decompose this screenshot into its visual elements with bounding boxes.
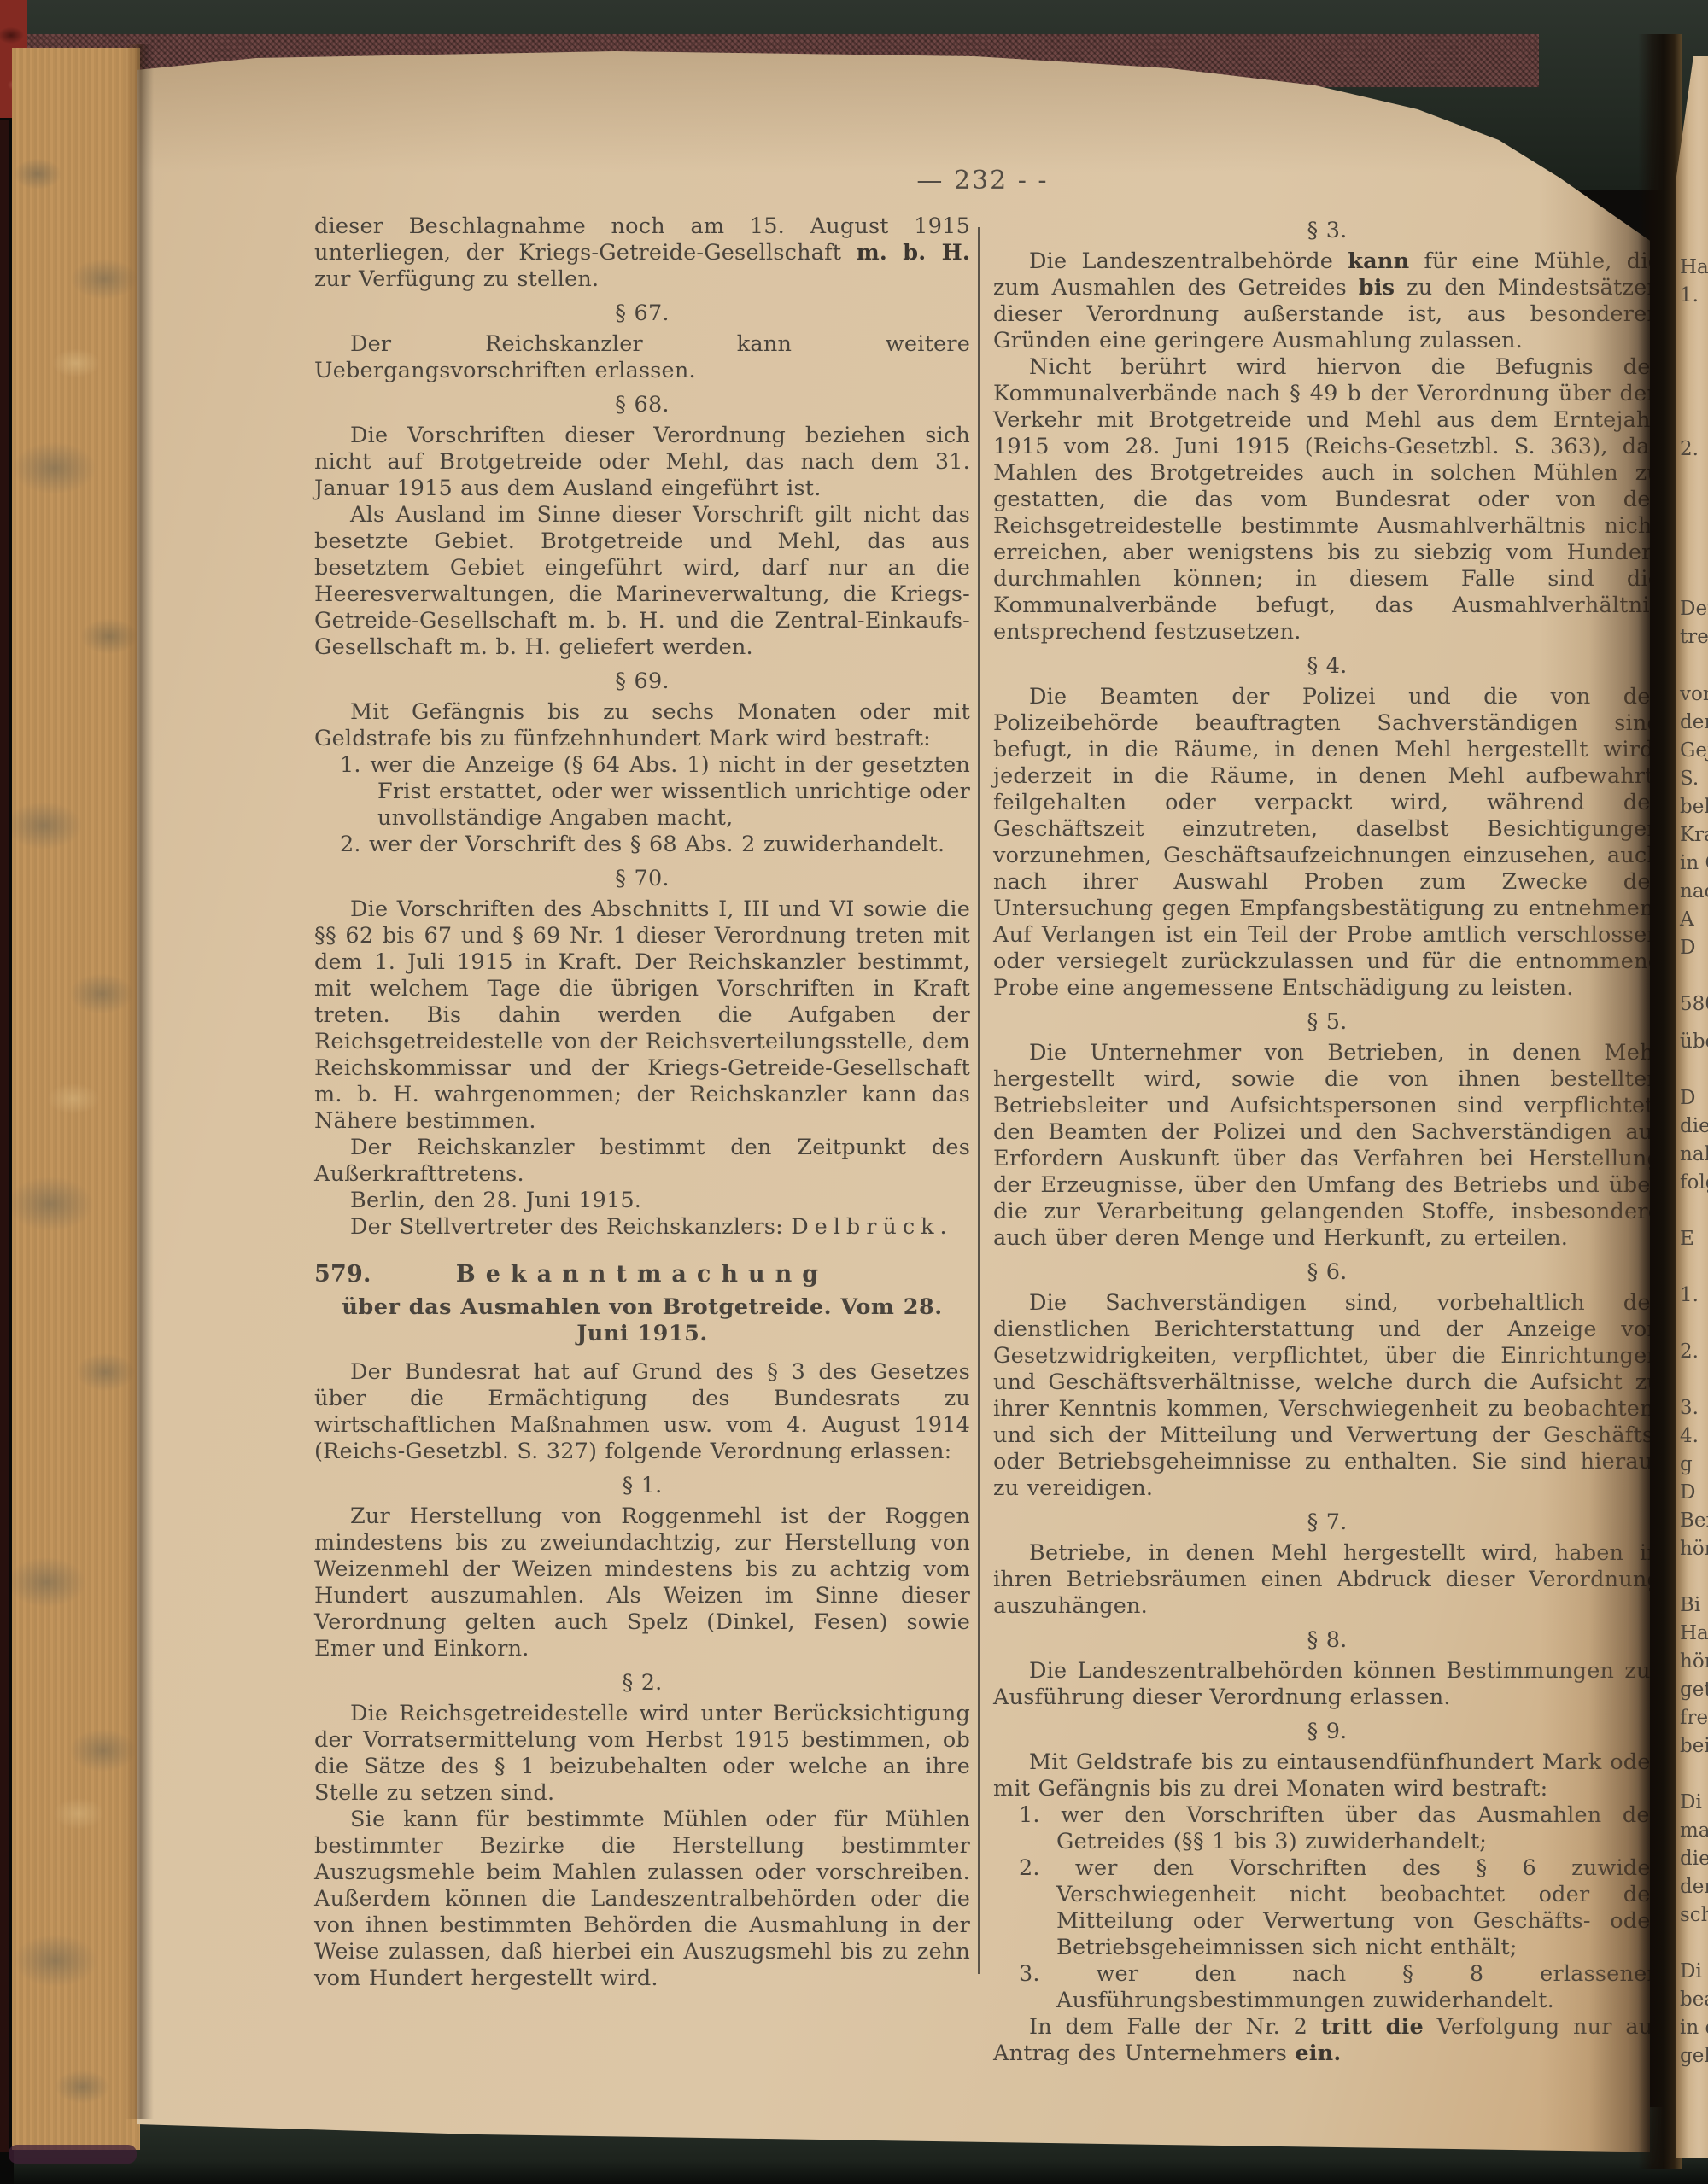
next-page-text-fragment: über [1680,1031,1708,1053]
page-number: — 232 - - [314,166,1651,196]
next-page-text-fragment: Der [1680,598,1708,620]
next-page-text-fragment: A [1680,908,1694,931]
next-page-text-fragment: hört a [1680,1650,1708,1673]
page-curl-shadow [1539,44,1650,2160]
next-page-text-fragment: Kra [1680,824,1708,846]
announcement-title: Bekanntmachung [456,1261,828,1288]
next-page-text-fragment: Berei [1680,1510,1708,1532]
body-paragraph: Der Stellvertreter des Reichskanzlers: D… [314,1214,970,1241]
next-page-text-fragment: getrei [1680,1679,1708,1701]
body-paragraph: dieser Beschlagnahme noch am 15. August … [314,213,970,293]
list-item: 1. wer die Anzeige (§ 64 Abs. 1) nicht i… [314,752,970,832]
next-page-text-fragment: 580. [1680,993,1708,1015]
next-page-text-fragment: gehalt [1680,2045,1708,2067]
body-paragraph: Die Vorschriften des Abschnitts I, III u… [314,896,970,1135]
next-page-text-fragment: mahlf [1680,1819,1708,1842]
next-page-text-fragment: 3. [1680,1397,1699,1419]
next-page-text-fragment: deru [1680,711,1708,733]
section-heading: § 2. [314,1670,970,1696]
section-heading: § 1. [314,1473,970,1499]
section-heading: § 67. [314,301,970,327]
next-page-text-fragment: in der [1680,2017,1708,2039]
next-page-text-fragment: D [1680,937,1695,959]
next-page-text-fragment: 2. [1680,1340,1699,1363]
next-page-text-fragment: trete [1680,626,1708,648]
section-heading: § 69. [314,669,970,695]
next-page-text-fragment: 4. [1680,1425,1699,1447]
next-page-text-fragment: E [1680,1228,1694,1250]
marbled-gutter-page-edges [12,48,140,2150]
body-paragraph: Berlin, den 28. Juni 1915. [314,1188,970,1214]
next-page-text-fragment: vom [1680,683,1708,705]
next-page-text-fragment: D [1680,1087,1695,1109]
next-page-text-fragment: beauft [1680,1988,1708,2011]
next-page-text-fragment: freige [1680,1707,1708,1729]
announcement-subtitle: über das Ausmahlen von Brotgetreide. Vom… [314,1294,970,1347]
body-paragraph: Der Reichskanzler bestimmt den Zeitpunkt… [314,1135,970,1188]
next-page-text-fragment: Geje [1680,739,1708,762]
body-paragraph: Der Bundesrat hat auf Grund des § 3 des … [314,1359,970,1465]
next-page-text-fragment: Hafer [1680,1622,1708,1644]
body-paragraph: Zur Herstellung von Roggenmehl ist der R… [314,1504,970,1662]
next-page-text-fragment: beitet [1680,1735,1708,1757]
next-page-text-fragment: schrän [1680,1904,1708,1926]
book-page: — 232 - - dieser Beschlagnahme noch am 1… [137,44,1650,2160]
next-page-text-fragment: 1. [1680,284,1699,307]
next-page-text-fragment: hört, [1680,1538,1708,1560]
next-page-text-fragment: Ha [1680,256,1708,278]
column-divider-rule [978,227,980,1974]
next-page-text-fragment: 2. [1680,438,1699,460]
bottom-edge-smear [9,2145,137,2164]
next-page-edge: Ha1.2.DertretevomderuGejeS.behöKrain Gna… [1676,56,1708,2158]
next-page-text-fragment: nach [1680,880,1708,902]
section-heading: § 70. [314,866,970,892]
next-page-text-fragment: Bi [1680,1594,1700,1616]
next-page-text-fragment: D [1680,1481,1695,1504]
section-heading: § 68. [314,392,970,418]
announcement-headline: 579.Bekanntmachung [314,1261,970,1288]
list-item: 2. wer der Vorschrift des § 68 Abs. 2 zu… [314,832,970,858]
body-paragraph: Die Vorschriften dieser Verordnung bezie… [314,423,970,502]
scanned-book-page: — 232 - - dieser Beschlagnahme noch am 1… [0,0,1708,2184]
red-cover-edge-tint [0,120,9,2152]
gutter-fold-shadow [125,44,154,2119]
body-paragraph: Sie kann für bestimmte Mühlen oder für M… [314,1807,970,1992]
next-page-text-fragment: die B [1680,1848,1708,1870]
body-paragraph: Als Ausland im Sinne dieser Vorschrift g… [314,502,970,661]
next-page-text-fragment: Di [1680,1791,1702,1813]
next-page-text-fragment: behö [1680,796,1708,818]
next-page-text-fragment: nahm [1680,1143,1708,1165]
next-page-text-fragment: die G [1680,1115,1708,1137]
body-paragraph: Mit Gefängnis bis zu sechs Monaten oder … [314,699,970,752]
announcement-number: 579. [314,1261,371,1288]
next-page-text-fragment: g [1680,1453,1693,1475]
next-page-text-fragment: deren [1680,1876,1708,1898]
body-paragraph: Die Reichsgetreidestelle wird unter Berü… [314,1701,970,1807]
body-paragraph: Der Reichskanzler kann weitere Uebergang… [314,331,970,384]
next-page-text-fragment: folgen [1680,1171,1708,1194]
next-page-text-fragment: Di [1680,1960,1702,1983]
left-text-column: dieser Beschlagnahme noch am 15. August … [314,213,970,1992]
next-page-text-fragment: S. [1680,768,1699,790]
next-page-text-fragment: 1. [1680,1284,1699,1306]
numbered-list: 1. wer die Anzeige (§ 64 Abs. 1) nicht i… [314,752,970,858]
next-page-text-fragment: in G [1680,852,1708,874]
